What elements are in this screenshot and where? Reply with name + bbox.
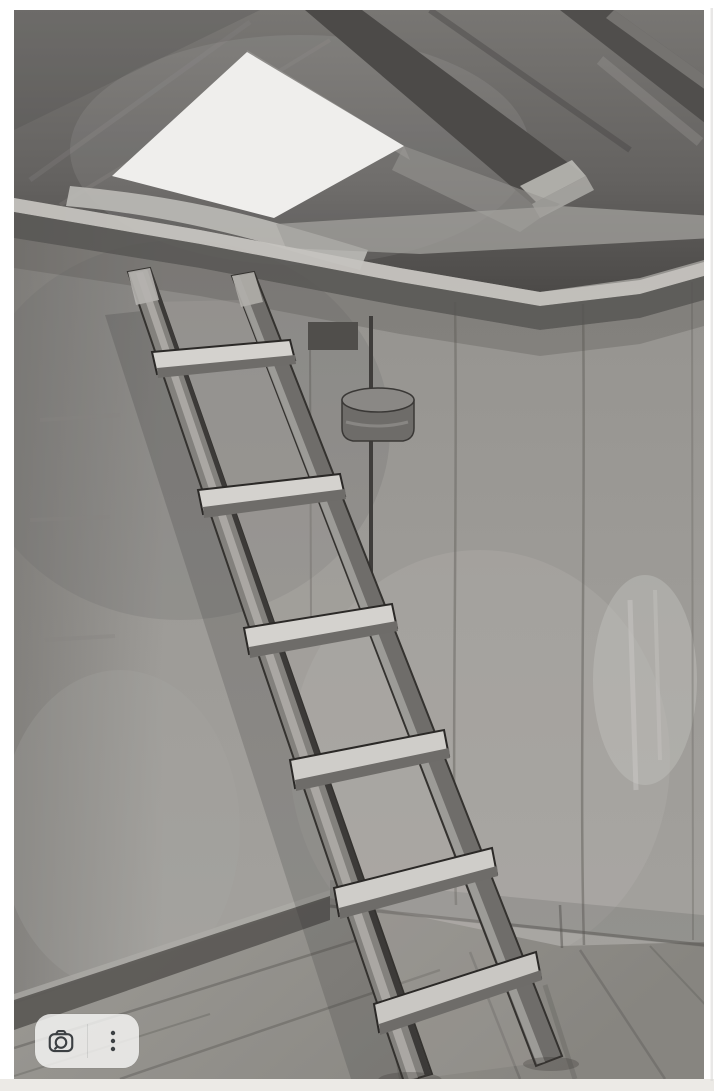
right-edge-line (711, 8, 714, 1081)
camera-lens-icon (46, 1026, 76, 1056)
block-top (342, 388, 414, 412)
screenshot-stage: Black-and-white painted illustration of … (0, 0, 714, 1091)
ladder-skylight-painting (0, 0, 714, 1091)
more-options-button[interactable] (88, 1014, 140, 1068)
lens-search-button[interactable] (35, 1014, 87, 1068)
image-action-pill (35, 1014, 139, 1068)
three-dot-menu-icon (101, 1028, 125, 1054)
bottom-margin (0, 1079, 714, 1091)
rail-block (308, 322, 358, 350)
